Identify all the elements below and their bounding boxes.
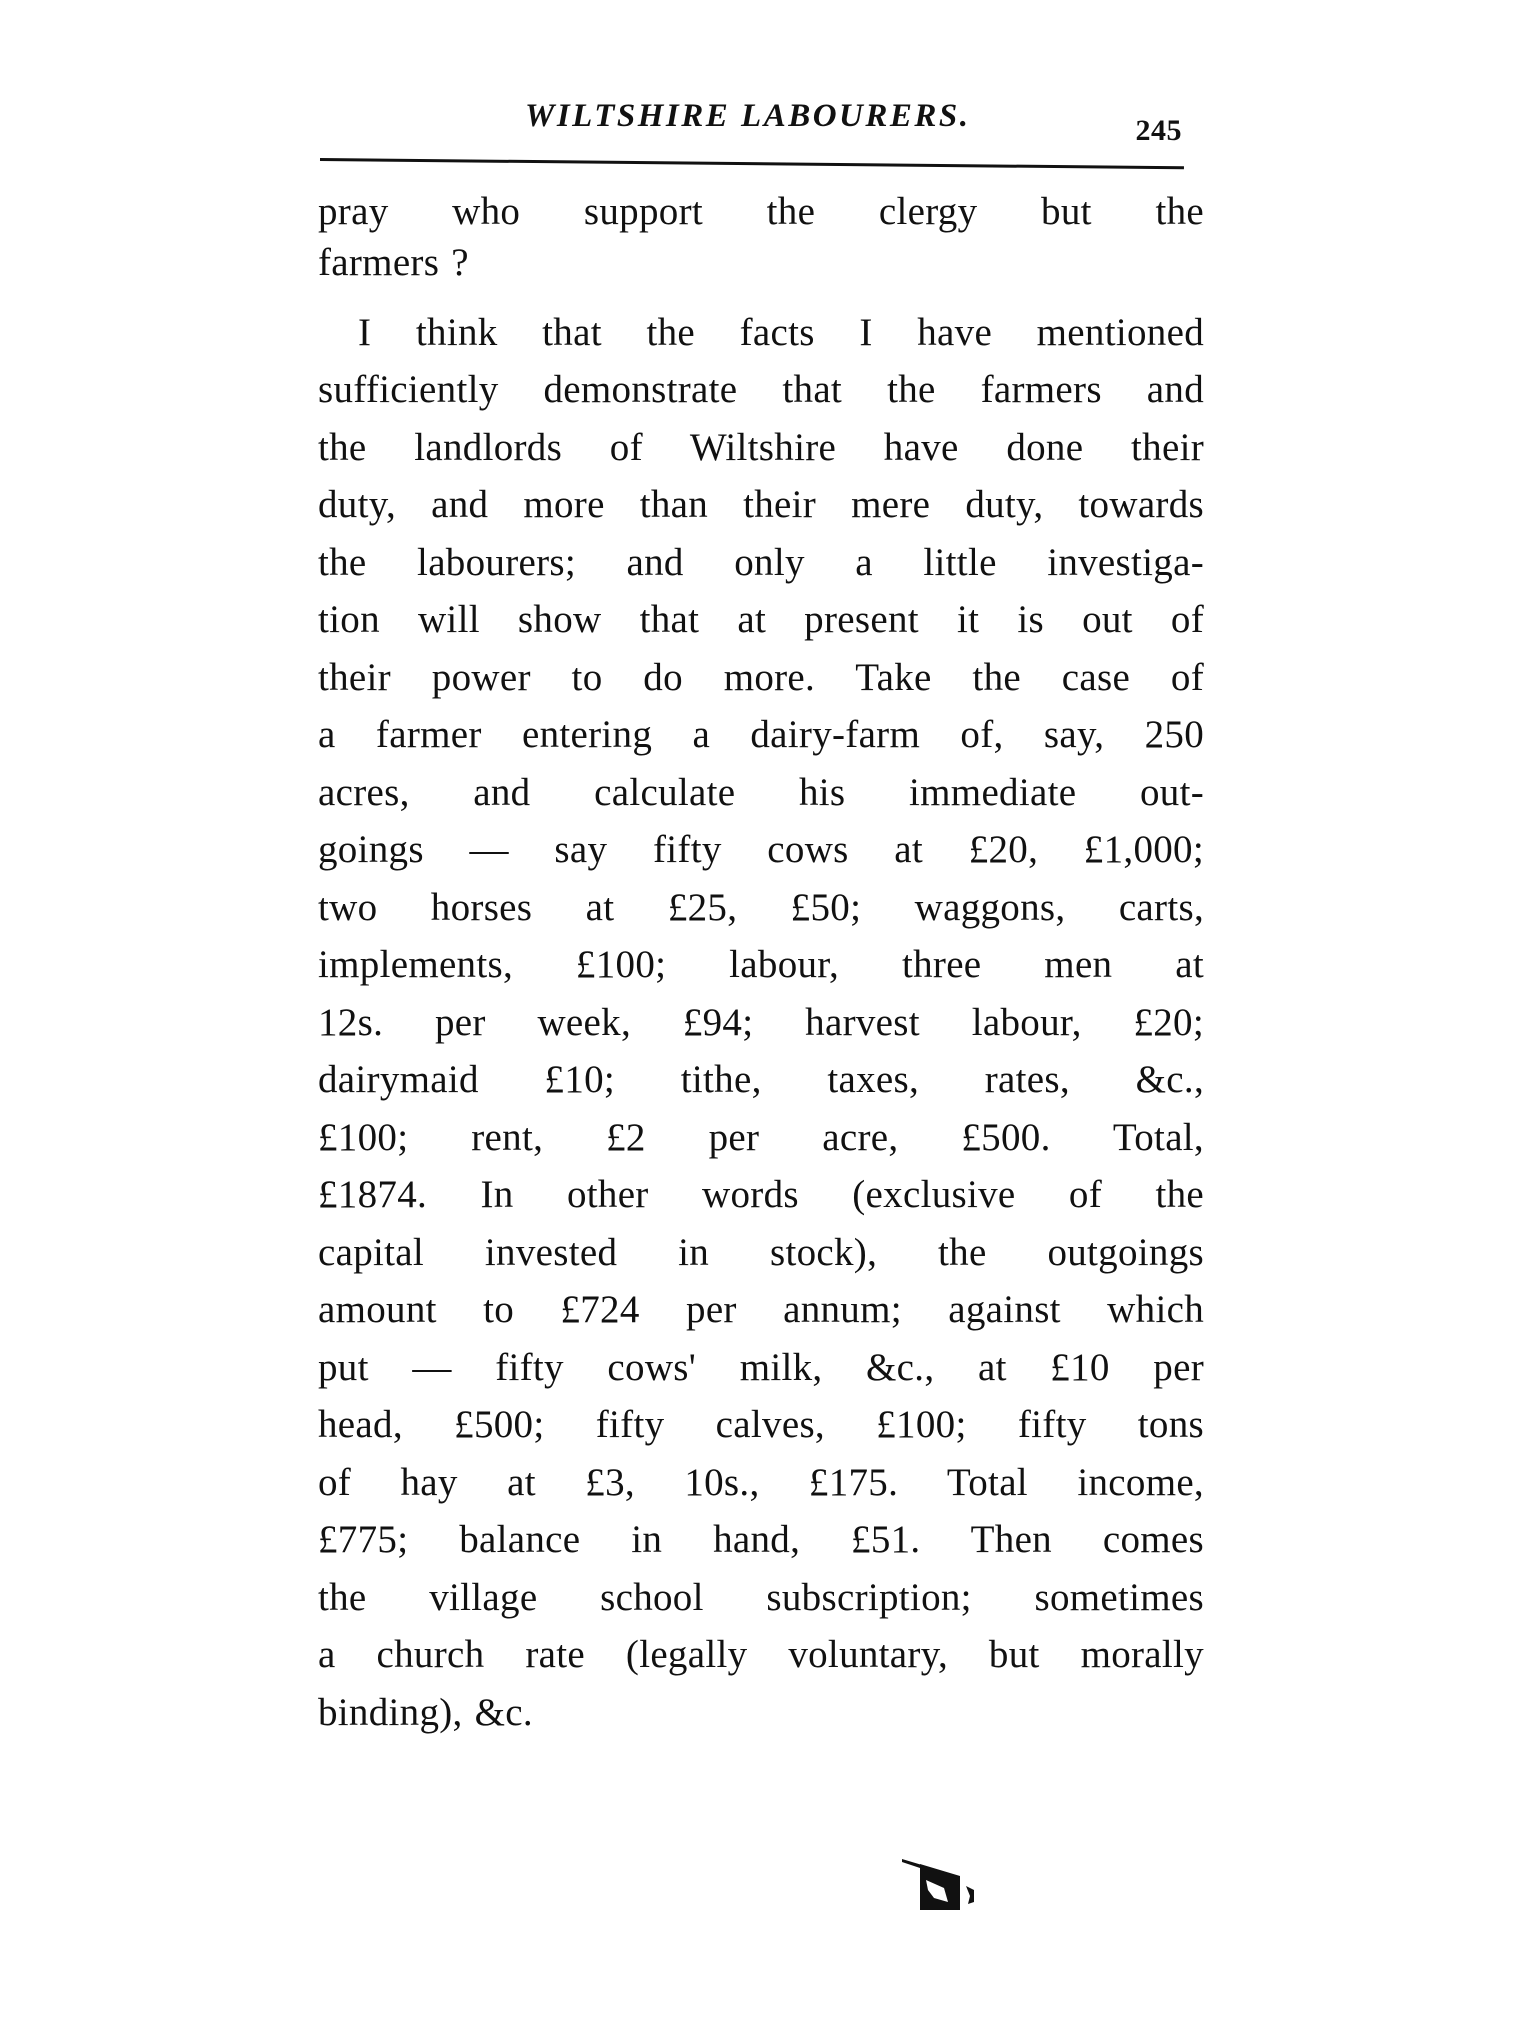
text-line: the labourers; and only a little investi…: [318, 534, 1204, 592]
text-line: put — fifty cows' milk, &c., at £10 per: [318, 1339, 1204, 1397]
running-head: WILTSHIRE LABOURERS. 245: [320, 92, 1186, 142]
text-line: two horses at £25, £50; waggons, carts,: [318, 879, 1204, 937]
paragraph-2: I think that the facts I have mentioned …: [318, 304, 1204, 1742]
paragraph-1: pray who support the clergy but the farm…: [318, 190, 1204, 292]
header-rule: [320, 158, 1184, 169]
text-line: farmers ?: [318, 234, 1204, 292]
text-line: amount to £724 per annum; against which: [318, 1281, 1204, 1339]
text-line: I think that the facts I have mentioned: [318, 304, 1204, 362]
body-text: pray who support the clergy but the farm…: [318, 190, 1204, 1741]
text-line: head, £500; fifty calves, £100; fifty to…: [318, 1396, 1204, 1454]
page-number: 245: [1136, 114, 1183, 148]
text-line: pray who support the clergy but the: [318, 190, 1204, 234]
text-line: the village school subscription; sometim…: [318, 1569, 1204, 1627]
text-line: a farmer entering a dairy-farm of, say, …: [318, 706, 1204, 764]
text-line: of hay at £3, 10s., £175. Total income,: [318, 1454, 1204, 1512]
text-line: sufficiently demonstrate that the farmer…: [318, 361, 1204, 419]
text-line: capital invested in stock), the outgoing…: [318, 1224, 1204, 1282]
text-line: their power to do more. Take the case of: [318, 649, 1204, 707]
text-line: £775; balance in hand, £51. Then comes: [318, 1511, 1204, 1569]
printer-mark-icon: [900, 1858, 980, 1918]
text-line: implements, £100; labour, three men at: [318, 936, 1204, 994]
text-line: tion will show that at present it is out…: [318, 591, 1204, 649]
book-page: WILTSHIRE LABOURERS. 245 pray who suppor…: [0, 0, 1516, 2028]
text-line: 12s. per week, £94; harvest labour, £20;: [318, 994, 1204, 1052]
text-line: duty, and more than their mere duty, tow…: [318, 476, 1204, 534]
text-line: the landlords of Wiltshire have done the…: [318, 419, 1204, 477]
text-line: binding), &c.: [318, 1684, 1204, 1742]
text-line: acres, and calculate his immediate out-: [318, 764, 1204, 822]
running-title: WILTSHIRE LABOURERS.: [525, 98, 971, 135]
text-line: a church rate (legally voluntary, but mo…: [318, 1626, 1204, 1684]
text-line: £100; rent, £2 per acre, £500. Total,: [318, 1109, 1204, 1167]
text-line: goings — say fifty cows at £20, £1,000;: [318, 821, 1204, 879]
text-line: £1874. In other words (exclusive of the: [318, 1166, 1204, 1224]
text-line: dairymaid £10; tithe, taxes, rates, &c.,: [318, 1051, 1204, 1109]
paragraph-gap: [318, 292, 1204, 304]
